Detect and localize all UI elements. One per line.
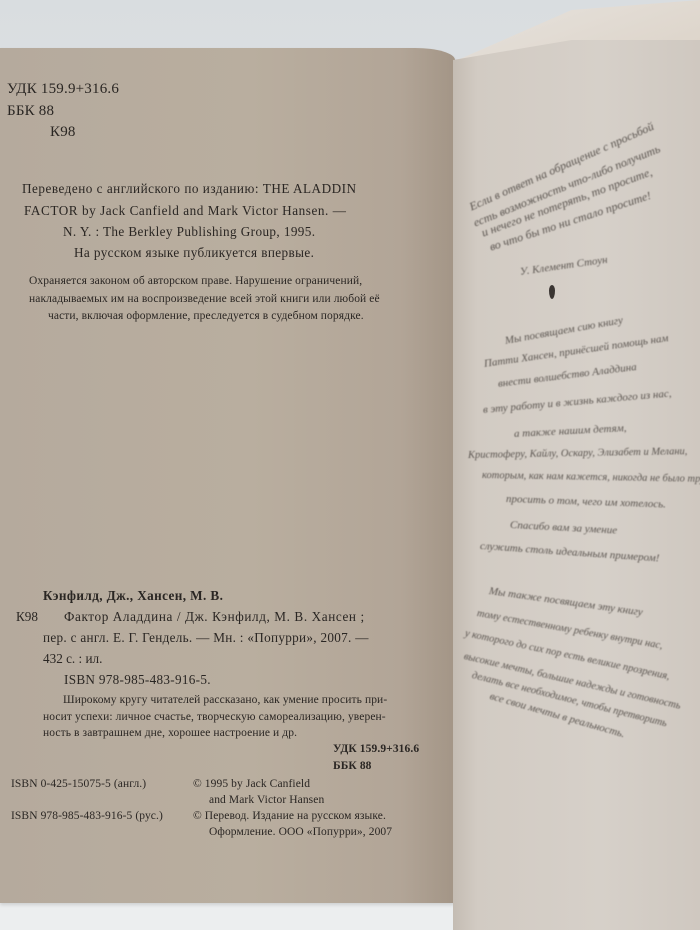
udk-code: УДК 159.9+316.6 [7, 81, 119, 98]
translation-note-line-3: N. Y. : The Berkley Publishing Group, 19… [63, 224, 316, 240]
catalog-isbn: ISBN 978-985-483-916-5. [64, 672, 211, 688]
copyright-1995-line-2: and Mark Victor Hansen [209, 794, 324, 806]
catalog-pages-line: 432 с. : ил. [43, 651, 102, 667]
translation-note-line-4: На русском языке публикуется впервые. [74, 245, 314, 261]
annotation-line-1: Широкому кругу читателей рассказано, как… [63, 694, 387, 706]
copyright-notice-line-1: Охраняется законом об авторском праве. Н… [29, 275, 362, 287]
catalog-authors: Кэнфилд, Дж., Хансен, М. В. [43, 588, 223, 604]
author-mark: К98 [50, 124, 76, 141]
copyright-translation-line-1: © Перевод. Издание на русском языке. [193, 810, 386, 822]
translation-note-line-2: FACTOR by Jack Canfield and Mark Victor … [24, 203, 346, 219]
copyright-1995-line-1: © 1995 by Jack Canfield [193, 778, 310, 790]
isbn-russian: ISBN 978-985-483-916-5 (рус.) [11, 810, 163, 822]
annotation-line-2: носит успехи: личное счастье, творческую… [43, 711, 386, 723]
catalog-bbk: ББК 88 [333, 760, 372, 772]
copyright-notice-line-2: накладываемых им на воспроизведение всей… [29, 293, 380, 305]
catalog-publisher-line: пер. с англ. Е. Г. Гендель. — Мн. : «Поп… [43, 630, 369, 646]
copyright-translation-line-2: Оформление. ООО «Попурри», 2007 [209, 826, 392, 838]
translation-note-line-1: Переведено с английского по изданию: THE… [22, 181, 357, 197]
left-page-imprint [0, 48, 455, 903]
annotation-line-3: ность в завтрашнем дне, хорошее настроен… [43, 727, 297, 739]
isbn-english: ISBN 0-425-15075-5 (англ.) [11, 778, 146, 790]
copyright-notice-line-3: части, включая оформление, преследуется … [48, 310, 364, 322]
bbk-code: ББК 88 [7, 103, 54, 120]
catalog-title-line: Фактор Аладдина / Дж. Кэнфилд, М. В. Хан… [64, 609, 365, 625]
catalog-mark: К98 [16, 609, 38, 625]
catalog-udk: УДК 159.9+316.6 [333, 743, 419, 755]
